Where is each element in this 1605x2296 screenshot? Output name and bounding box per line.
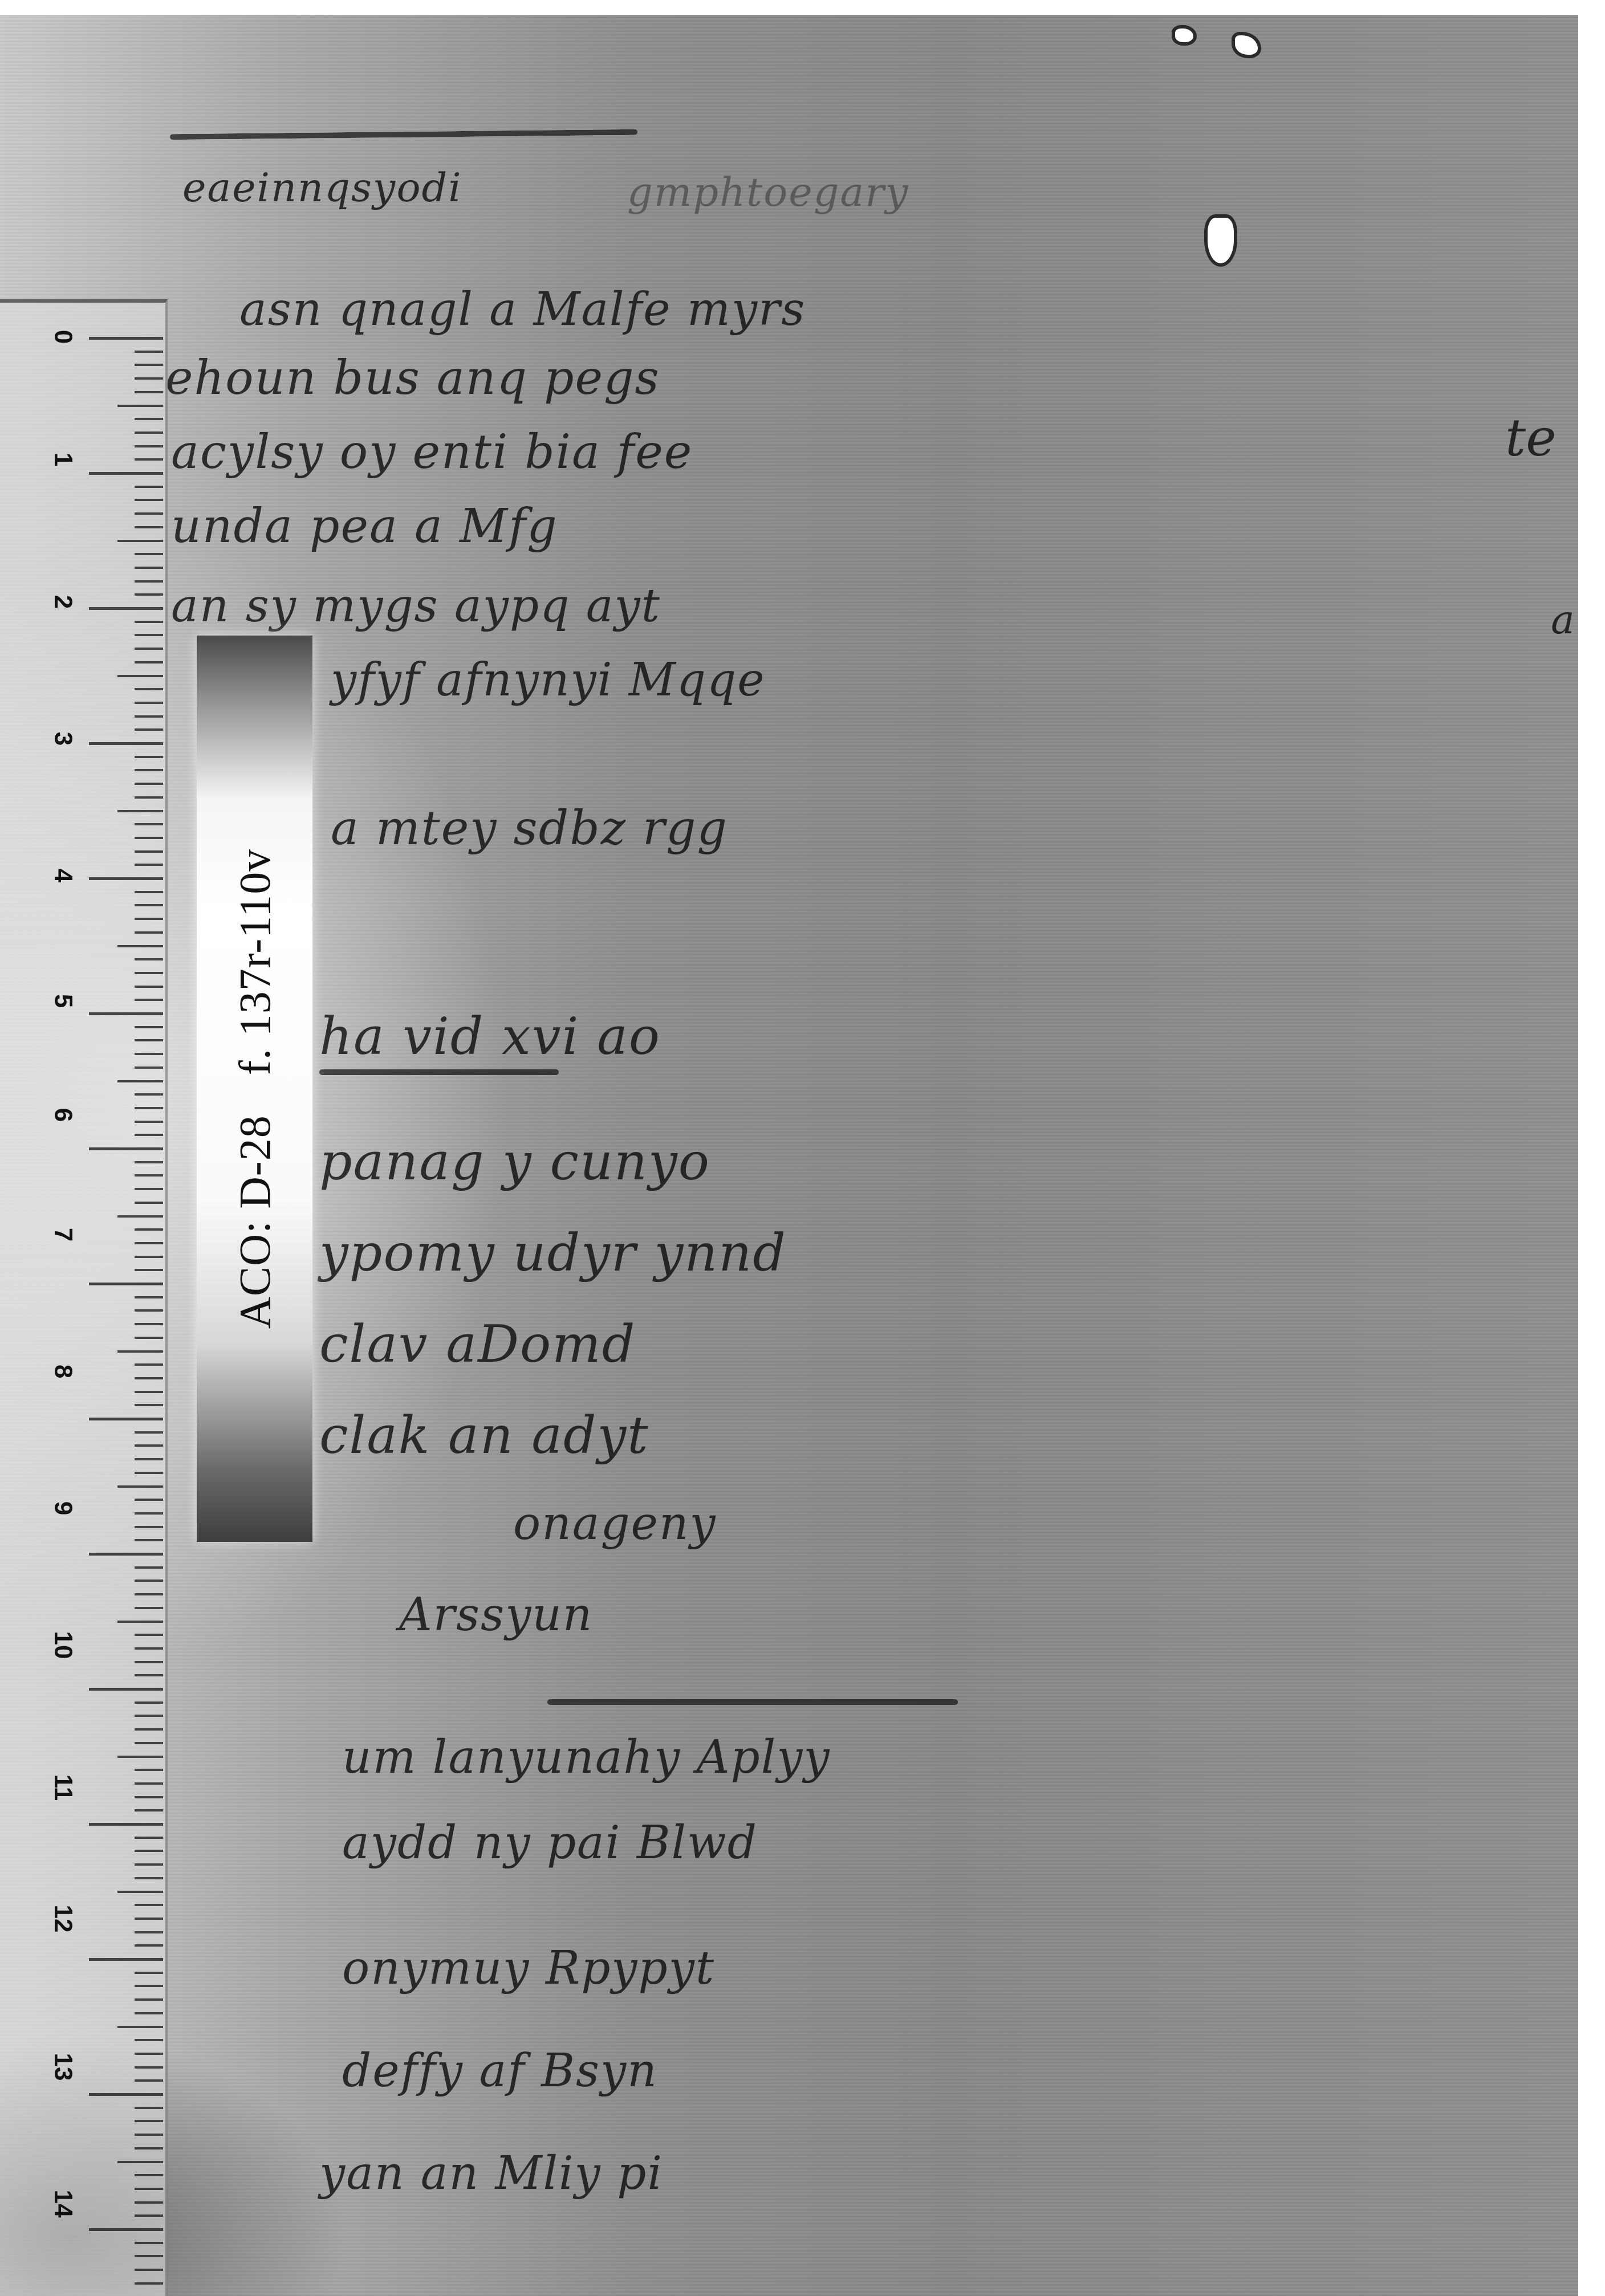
ruler-tick: [135, 2282, 163, 2285]
ruler-tick: [135, 1309, 163, 1312]
manuscript-heading: eaeinnqsyodi: [182, 164, 462, 211]
strikethrough-line: [547, 1699, 958, 1705]
ruler-tick: [135, 2079, 163, 2082]
ruler-tick: [135, 1323, 163, 1325]
ruler-tick: [135, 1404, 163, 1406]
marginal-note: a: [1551, 596, 1575, 643]
ruler-tick: [135, 2269, 163, 2271]
ruler-tick: [135, 526, 163, 528]
heading-rule: [170, 129, 637, 140]
manuscript-line: deffy af Bsyn: [342, 2044, 658, 2097]
ruler-tick: [135, 769, 163, 771]
ruler-tick: [135, 1053, 163, 1055]
ruler-tick: [135, 499, 163, 501]
ruler-tick: [135, 1782, 163, 1785]
ruler-tick: [135, 1998, 163, 2001]
ruler-tick: [117, 1215, 163, 1218]
ruler-tick: [135, 1269, 163, 1271]
ruler-tick: [117, 1621, 163, 1623]
ruler-tick: [135, 1121, 163, 1123]
ruler-tick: [135, 648, 163, 650]
ruler-tick: [89, 1012, 163, 1015]
ruler-tick: [117, 945, 163, 947]
ruler-tick: [135, 783, 163, 785]
ruler-tick: [135, 1850, 163, 1852]
ruler-tick: [135, 1674, 163, 1676]
ruler-number: 11: [48, 1759, 77, 1816]
ruler-tick: [135, 593, 163, 596]
ruler-tick: [135, 864, 163, 866]
ruler-tick: [135, 1742, 163, 1744]
ruler-tick: [135, 661, 163, 663]
ruler-tick: [135, 1107, 163, 1109]
ruler-tick: [135, 972, 163, 974]
ink-stroke: [319, 1069, 559, 1075]
ruler-tick: [135, 1228, 163, 1231]
ruler-number: 0: [48, 308, 77, 365]
ruler-tick: [135, 1918, 163, 1920]
ruler-tick: [135, 891, 163, 893]
ruler-tick: [135, 2134, 163, 2136]
ruler-tick: [135, 1296, 163, 1298]
ruler-tick: [135, 2242, 163, 2244]
ruler-tick: [135, 486, 163, 488]
measurement-ruler: 0 1 2 3 4 5 6 7 8 9 10 11 12 13 14: [0, 299, 168, 2296]
ruler-tick: [135, 1202, 163, 1204]
ruler-tick: [135, 580, 163, 583]
ruler-tick: [135, 1579, 163, 1582]
ruler-tick: [135, 377, 163, 380]
ruler-tick: [89, 472, 163, 475]
ruler-tick: [135, 850, 163, 853]
ruler-tick: [135, 634, 163, 636]
ruler-tick: [135, 837, 163, 839]
ruler-tick: [89, 742, 163, 745]
ruler-tick: [135, 1566, 163, 1569]
ruler-tick: [135, 1363, 163, 1366]
ruler-tick: [135, 418, 163, 420]
ruler-tick: [89, 1958, 163, 1961]
ruler-tick: [135, 1985, 163, 1987]
ruler-tick: [135, 364, 163, 366]
ruler-tick: [135, 1039, 163, 1041]
ruler-tick: [89, 1688, 163, 1691]
ruler-tick: [135, 1539, 163, 1541]
ruler-tick: [135, 445, 163, 447]
ruler-tick: [117, 540, 163, 542]
ruler-tick: [135, 2147, 163, 2150]
manuscript-line: onymuy Rpypyt: [342, 1941, 715, 1994]
folio-range: f. 137r-110v: [230, 849, 279, 1075]
ruler-tick: [135, 1458, 163, 1460]
ruler-tick: [89, 1553, 163, 1556]
ruler-tick: [117, 2026, 163, 2028]
ruler-tick: [135, 1877, 163, 1879]
ruler-tick: [117, 405, 163, 407]
ruler-tick: [135, 1796, 163, 1798]
ruler-tick: [89, 337, 163, 340]
ruler-tick: [135, 728, 163, 731]
ruler-tick: [89, 1283, 163, 1285]
ruler-tick: [135, 796, 163, 799]
ruler-tick: [135, 512, 163, 515]
ruler-number: 13: [48, 2038, 77, 2095]
ruler-tick: [117, 1080, 163, 1082]
ruler-tick: [135, 702, 163, 704]
ruler-tick: [135, 2053, 163, 2055]
ruler-tick: [135, 1607, 163, 1609]
ruler-tick: [135, 391, 163, 393]
manuscript-line: panag y cunyo: [319, 1132, 710, 1192]
ruler-tick: [135, 1026, 163, 1028]
ruler-tick: [135, 2012, 163, 2014]
manuscript-line: aydd ny pai Blwd: [342, 1816, 758, 1869]
ruler-tick: [135, 2039, 163, 2041]
ruler-tick: [135, 1634, 163, 1636]
ruler-tick: [89, 1823, 163, 1826]
parchment-hole: [1204, 214, 1237, 267]
ruler-tick: [135, 1174, 163, 1177]
ruler-tick: [135, 2201, 163, 2204]
ruler-tick: [135, 1391, 163, 1393]
ruler-number: 3: [48, 710, 77, 767]
ruler-tick: [117, 1756, 163, 1758]
ruler-tick: [135, 1809, 163, 1811]
ruler-tick: [135, 1161, 163, 1163]
ruler-tick: [135, 2214, 163, 2217]
manuscript-line: yan an Mliy pi: [319, 2147, 663, 2200]
ruler-tick: [135, 2174, 163, 2176]
manuscript-line: yfyf afnynyi Mqqe: [331, 653, 765, 706]
ruler-tick: [135, 1444, 163, 1447]
ruler-tick: [135, 1715, 163, 1717]
ruler-tick: [135, 756, 163, 758]
ruler-tick: [89, 877, 163, 880]
ruler-tick: [117, 1485, 163, 1488]
ruler-tick: [135, 1593, 163, 1595]
ruler-tick: [117, 675, 163, 677]
ruler-number: 2: [48, 573, 77, 630]
ruler-number: 4: [48, 847, 77, 904]
manuscript-line: onageny: [513, 1497, 717, 1550]
ruler-tick: [135, 431, 163, 434]
ruler-tick: [135, 2066, 163, 2069]
ruler-tick: [135, 1431, 163, 1434]
manuscript-line: acylsy oy enti bia fee: [171, 425, 693, 479]
ruler-tick: [135, 1242, 163, 1244]
ruler-tick: [135, 1188, 163, 1190]
ruler-number: 5: [48, 972, 77, 1029]
ruler-tick: [135, 1904, 163, 1906]
ruler-tick: [135, 1134, 163, 1136]
ruler-tick: [89, 1147, 163, 1150]
ruler-tick: [135, 1728, 163, 1731]
ruler-tick: [135, 1093, 163, 1096]
ruler-tick: [135, 958, 163, 960]
archive-shelfmark: ACO: D-28: [230, 1115, 279, 1329]
ruler-tick: [135, 1837, 163, 1839]
ruler-number: 6: [48, 1086, 77, 1143]
ruler-tick: [135, 1661, 163, 1663]
ruler-tick: [89, 1418, 163, 1420]
manuscript-line: ypomy udyr ynnd: [319, 1223, 787, 1283]
ruler-tick: [135, 1972, 163, 1974]
ruler-tick: [135, 351, 163, 353]
ruler-tick: [135, 1337, 163, 1339]
ruler-tick: [135, 621, 163, 623]
ruler-tick: [135, 823, 163, 825]
ruler-tick: [135, 1377, 163, 1379]
ruler-number: 10: [48, 1617, 77, 1674]
ruler-tick: [135, 458, 163, 461]
ruler-tick: [135, 1066, 163, 1069]
manuscript-line: unda pea a Mfg: [171, 499, 558, 553]
ruler-number: 8: [48, 1343, 77, 1400]
ruler-tick: [135, 986, 163, 988]
ruler-tick: [135, 715, 163, 718]
ruler-tick: [135, 1526, 163, 1528]
ruler-tick: [135, 553, 163, 555]
ruler-tick: [135, 2107, 163, 2109]
manuscript-line: gmphtoegary: [627, 169, 909, 215]
ruler-tick: [89, 607, 163, 610]
ruler-tick: [135, 999, 163, 1001]
manuscript-line: a mtey sdbz rgg: [331, 801, 728, 856]
ruler-tick: [135, 1499, 163, 1501]
manuscript-line: asn qnagl a Malfe myrs: [239, 283, 806, 336]
ruler-tick: [135, 1647, 163, 1650]
ruler-tick: [135, 1256, 163, 1258]
marginal-note: te: [1505, 408, 1556, 468]
ruler-tick: [135, 1931, 163, 1933]
catalog-label: ACO: D-28f. 137r-110v: [197, 636, 312, 1542]
ruler-tick: [135, 2120, 163, 2122]
ruler-tick: [135, 1472, 163, 1474]
ruler-tick: [135, 918, 163, 920]
ruler-tick: [135, 1701, 163, 1704]
ruler-number: 1: [48, 431, 77, 488]
ruler-tick: [135, 1863, 163, 1866]
manuscript-line: ehoun bus anq pegs: [165, 351, 660, 405]
ruler-tick: [135, 2255, 163, 2257]
parchment-hole: [1172, 25, 1197, 46]
manuscript-line: an sy mygs aypq ayt: [171, 579, 661, 632]
ruler-tick: [117, 2161, 163, 2163]
manuscript-line: ha vid xvi ao: [319, 1007, 661, 1066]
label-text: ACO: D-28f. 137r-110v: [229, 849, 281, 1329]
manuscript-line: clak an adyt: [319, 1406, 649, 1465]
parchment-hole: [1232, 32, 1261, 58]
ruler-tick: [135, 2188, 163, 2190]
ruler-tick: [135, 931, 163, 934]
ruler-tick: [135, 567, 163, 569]
manuscript-line: um lanyunahy Aplyy: [342, 1731, 831, 1784]
ruler-tick: [135, 1944, 163, 1947]
ruler-number: 14: [48, 2175, 77, 2232]
ruler-number: 7: [48, 1206, 77, 1263]
ruler-tick: [135, 1512, 163, 1515]
ruler-tick: [89, 2228, 163, 2231]
ruler-tick: [117, 810, 163, 812]
ruler-tick: [117, 1891, 163, 1893]
manuscript-line: Arssyun: [399, 1588, 593, 1641]
ruler-number: 12: [48, 1890, 77, 1947]
ruler-tick: [135, 1769, 163, 1771]
ruler-tick: [89, 2093, 163, 2096]
ruler-tick: [117, 1350, 163, 1353]
ruler-number: 9: [48, 1480, 77, 1537]
manuscript-line: clav aDomd: [319, 1314, 636, 1374]
ruler-tick: [135, 904, 163, 906]
ruler-tick: [135, 688, 163, 690]
